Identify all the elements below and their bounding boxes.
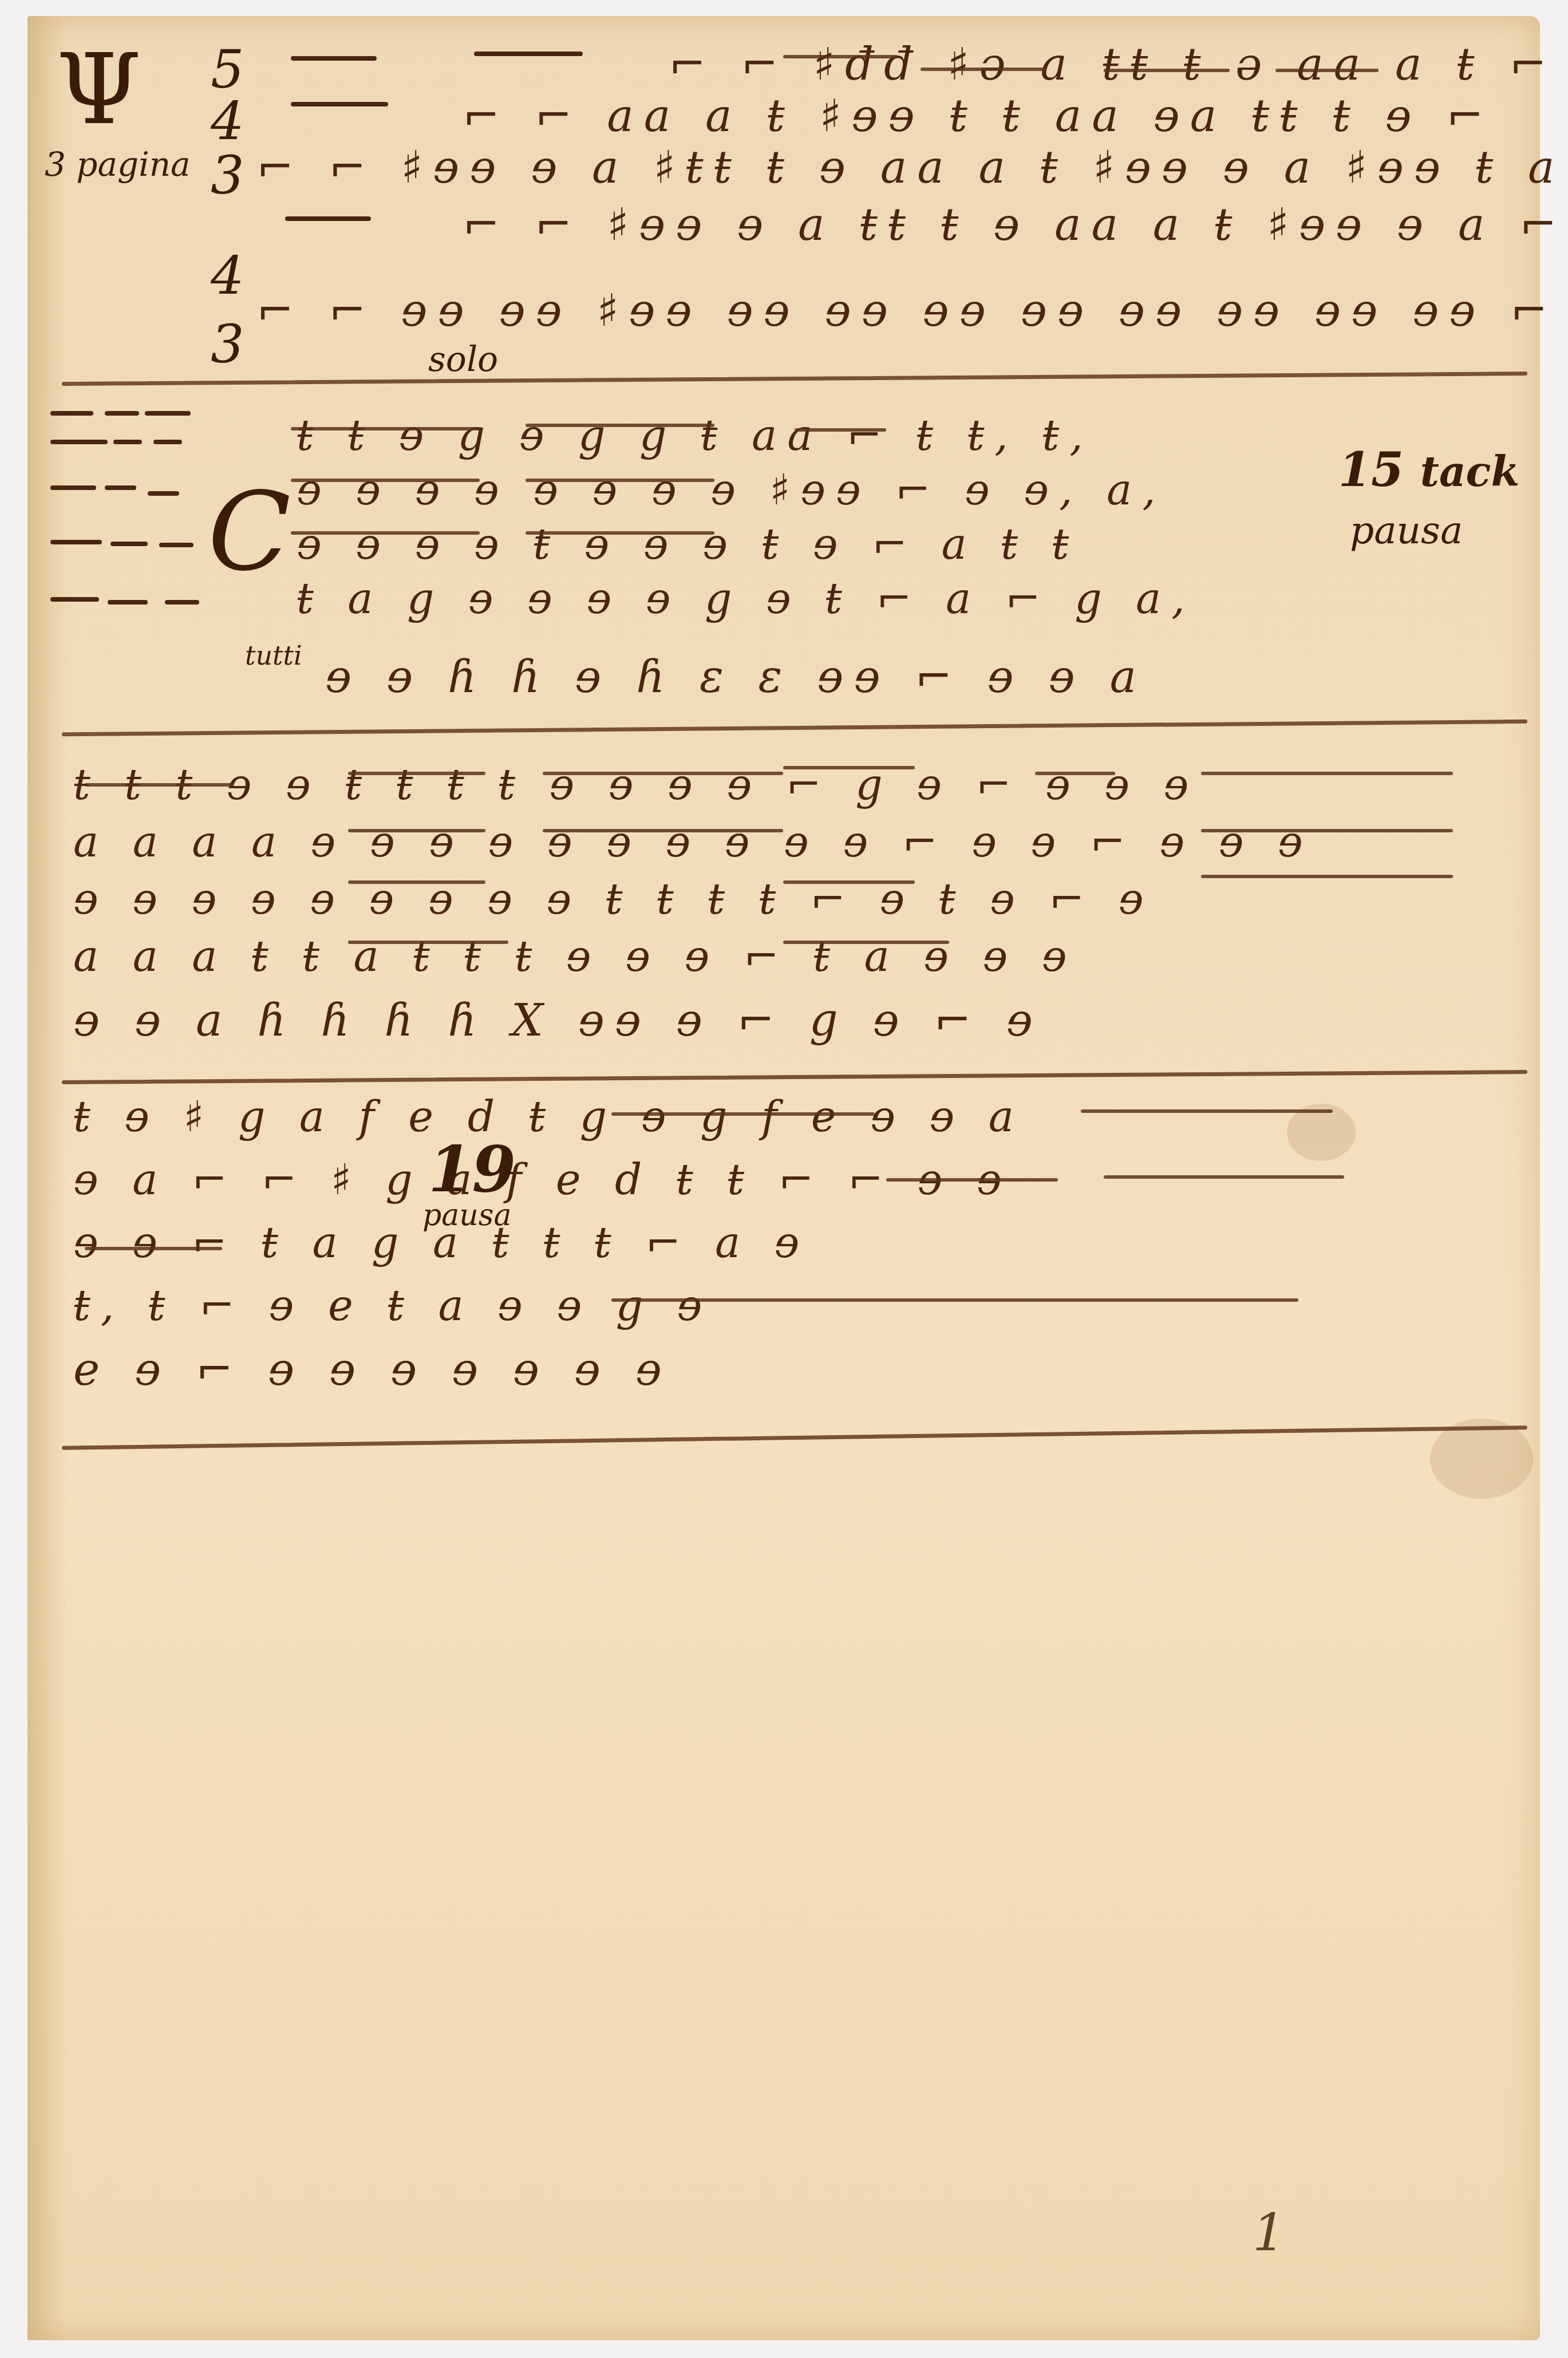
beam-stroke	[526, 531, 714, 535]
system-divider	[62, 1070, 1527, 1084]
rest-count: 15 tack	[1338, 443, 1519, 497]
beam-stroke	[543, 829, 783, 832]
system-divider	[62, 720, 1527, 736]
common-time-sign: C	[208, 468, 291, 595]
tablature-row: ŧ a g ɘ ɘ ɘ ɘ g ɘ ŧ ⌐ a ⌐ g a,	[297, 574, 1195, 623]
tablature-row: ⌐ ⌐ aa a ŧ ♯ɘɘ ŧ ŧ aa ɘa ŧŧ ŧ ɘ ⌐	[463, 90, 1494, 142]
beam-stroke	[1201, 772, 1453, 775]
rest-count-number: 15	[1338, 443, 1404, 497]
beam-stroke	[348, 829, 485, 832]
beam-stroke	[1201, 875, 1453, 878]
rest-count-number: 19	[428, 1132, 516, 1206]
beam-stroke	[348, 772, 485, 775]
voice-number: 4	[211, 90, 244, 152]
beam-stroke	[795, 428, 886, 432]
tablature-row: ɘ ɘ ɦ ɦ ɘ ɦ ɛ ɛ ɘɘ ⌐ ɘ ɘ a	[325, 651, 1147, 703]
tablature-row: ŧ, ŧ ⌐ ɘ e ŧ a ɘ ɘ g ɘ	[73, 1281, 712, 1330]
beam-stroke	[348, 880, 485, 884]
beam-stroke	[611, 1112, 875, 1116]
beam-stroke	[85, 783, 234, 787]
signum-mark: Ψ	[56, 33, 141, 147]
beam-stroke	[291, 479, 480, 482]
tablature-row: ŧ ɘ ♯ g a f e d ŧ g ɘ g f e ɘ ɘ a	[73, 1092, 1024, 1142]
tablature-row: e ɘ ⌐ ɘ ɘ ɘ ɘ ɘ ɘ ɘ	[73, 1344, 672, 1396]
beam-stroke	[783, 880, 915, 884]
tablature-row: ⌐ ⌐ ɘɘ ɘɘ ♯ɘɘ ɘɘ ɘɘ ɘɘ ɘɘ ɘɘ ɘɘ ɘɘ ɘɘ ⌐	[256, 285, 1558, 337]
beam-stroke	[348, 941, 508, 944]
beam-stroke	[783, 766, 915, 769]
rest-dash	[105, 485, 136, 490]
tablature-row: ɘ ɘ ɘ ɘ ɘ ɘ ɘ ɘ ɘ ŧ ŧ ŧ ŧ ⌐ ɘ ŧ ɘ ⌐ ɘ	[73, 875, 1154, 924]
rest-dash	[110, 542, 148, 546]
beam-stroke	[921, 68, 1046, 71]
tutti-annotation: tutti	[245, 640, 302, 671]
rest-pausa-label: pausa	[422, 1198, 511, 1233]
rest-pausa-label: pausa	[1350, 508, 1463, 552]
voice-number: 4	[211, 245, 244, 306]
rest-dash	[113, 440, 142, 444]
page-label: 3 pagina	[45, 145, 191, 184]
rest-bar	[285, 216, 371, 221]
rest-dash	[148, 491, 179, 496]
beam-stroke	[1104, 1175, 1344, 1179]
rest-dash	[159, 543, 193, 547]
tablature-row: ⌐ ⌐ ♯ɘɘ ɘ a ŧŧ ŧ ɘ aa a ŧ ♯ɘɘ ɘ a ⌐	[463, 199, 1567, 251]
tablature-row: ɘ a ⌐ ⌐ ♯ g a f e d ŧ ŧ ⌐ ⌐ ɘ ɘ	[73, 1155, 1012, 1204]
system-divider	[62, 372, 1527, 386]
tablature-row: a a a a ɘ ɘ ɘ ɘ ɘ ɘ ɘ ɘ ɘ ɘ ⌐ ɘ ɘ ⌐ ɘ ɘ …	[73, 817, 1313, 867]
beam-stroke	[886, 1178, 1058, 1182]
beam-stroke	[291, 531, 480, 535]
tablature-row: ⌐ ⌐ ♯ɘɘ ɘ a ♯ŧŧ ŧ ɘ aa a ŧ ♯ɘɘ ɘ a ♯ɘɘ ŧ…	[256, 142, 1568, 193]
beam-stroke	[1104, 69, 1230, 72]
rest-dash	[50, 540, 102, 544]
tablature-row: ŧ ŧ ŧ ɘ ɘ ŧ ŧ ŧ ŧ ɘ ɘ ɘ ɘ ⌐ g ɘ ⌐ ɘ ɘ ɘ	[73, 760, 1199, 809]
rest-dash	[153, 440, 182, 444]
tablature-row: ⌐ ⌐ ♯đđ ♯ə a ŧŧ ŧ ə aa a ŧ ⌐	[669, 39, 1557, 90]
manuscript-page: Ψ 3 pagina 5 4 3 4 3 ⌐ ⌐ ♯đđ ♯ə a ŧŧ ŧ ə…	[27, 16, 1540, 2340]
rest-dash	[165, 600, 199, 605]
beam-stroke	[526, 424, 714, 427]
rest-dash	[108, 600, 148, 605]
footer-mark: 1	[1253, 2203, 1285, 2263]
beam-stroke	[291, 427, 480, 430]
tablature-row: ŧ ŧ ɘ g ɘ g g ŧ aa ⌐ ŧ ŧ, ŧ,	[297, 411, 1093, 460]
beam-stroke	[611, 1298, 1298, 1302]
rest-bar	[474, 52, 583, 56]
tablature-row: ɘ ɘ ɘ ɘ ŧ ɘ ɘ ɘ ŧ ɘ ⌐ a ŧ ŧ	[297, 520, 1079, 569]
rest-bar	[291, 102, 388, 106]
beam-stroke	[1081, 1109, 1333, 1113]
system-divider	[62, 1425, 1527, 1450]
beam-stroke	[783, 55, 898, 58]
beam-stroke	[783, 941, 949, 944]
rest-dash	[50, 440, 108, 444]
rest-dash	[105, 411, 139, 416]
rest-dash	[145, 411, 191, 416]
beam-stroke	[526, 479, 714, 482]
rest-dash	[50, 485, 96, 490]
rest-dash	[50, 597, 99, 602]
beam-stroke	[85, 1247, 222, 1250]
voice-number: 3	[211, 314, 244, 375]
beam-stroke	[543, 772, 783, 775]
beam-stroke	[1035, 772, 1115, 775]
rest-bar	[291, 56, 377, 61]
tablature-row: ɘ ɘ ɘ ɘ ɘ ɘ ɘ ɘ ♯ɘɘ ⌐ ɘ ɘ, a,	[297, 465, 1166, 515]
beam-stroke	[1275, 69, 1379, 72]
tablature-row: a a a ŧ ŧ a ŧ ŧ ŧ ɘ ɘ ɘ ⌐ ŧ a ɘ ɘ ɘ	[73, 932, 1077, 981]
rest-count-word: tack	[1420, 447, 1520, 496]
voice-number: 3	[211, 145, 244, 206]
beam-stroke	[1201, 829, 1453, 832]
tablature-row: ɘ ɘ a ɦ ɦ ɦ ɦ X ɘɘ ɘ ⌐ g ɘ ⌐ ɘ	[73, 995, 1043, 1046]
rest-dash	[50, 411, 93, 416]
solo-annotation: solo	[428, 339, 498, 380]
